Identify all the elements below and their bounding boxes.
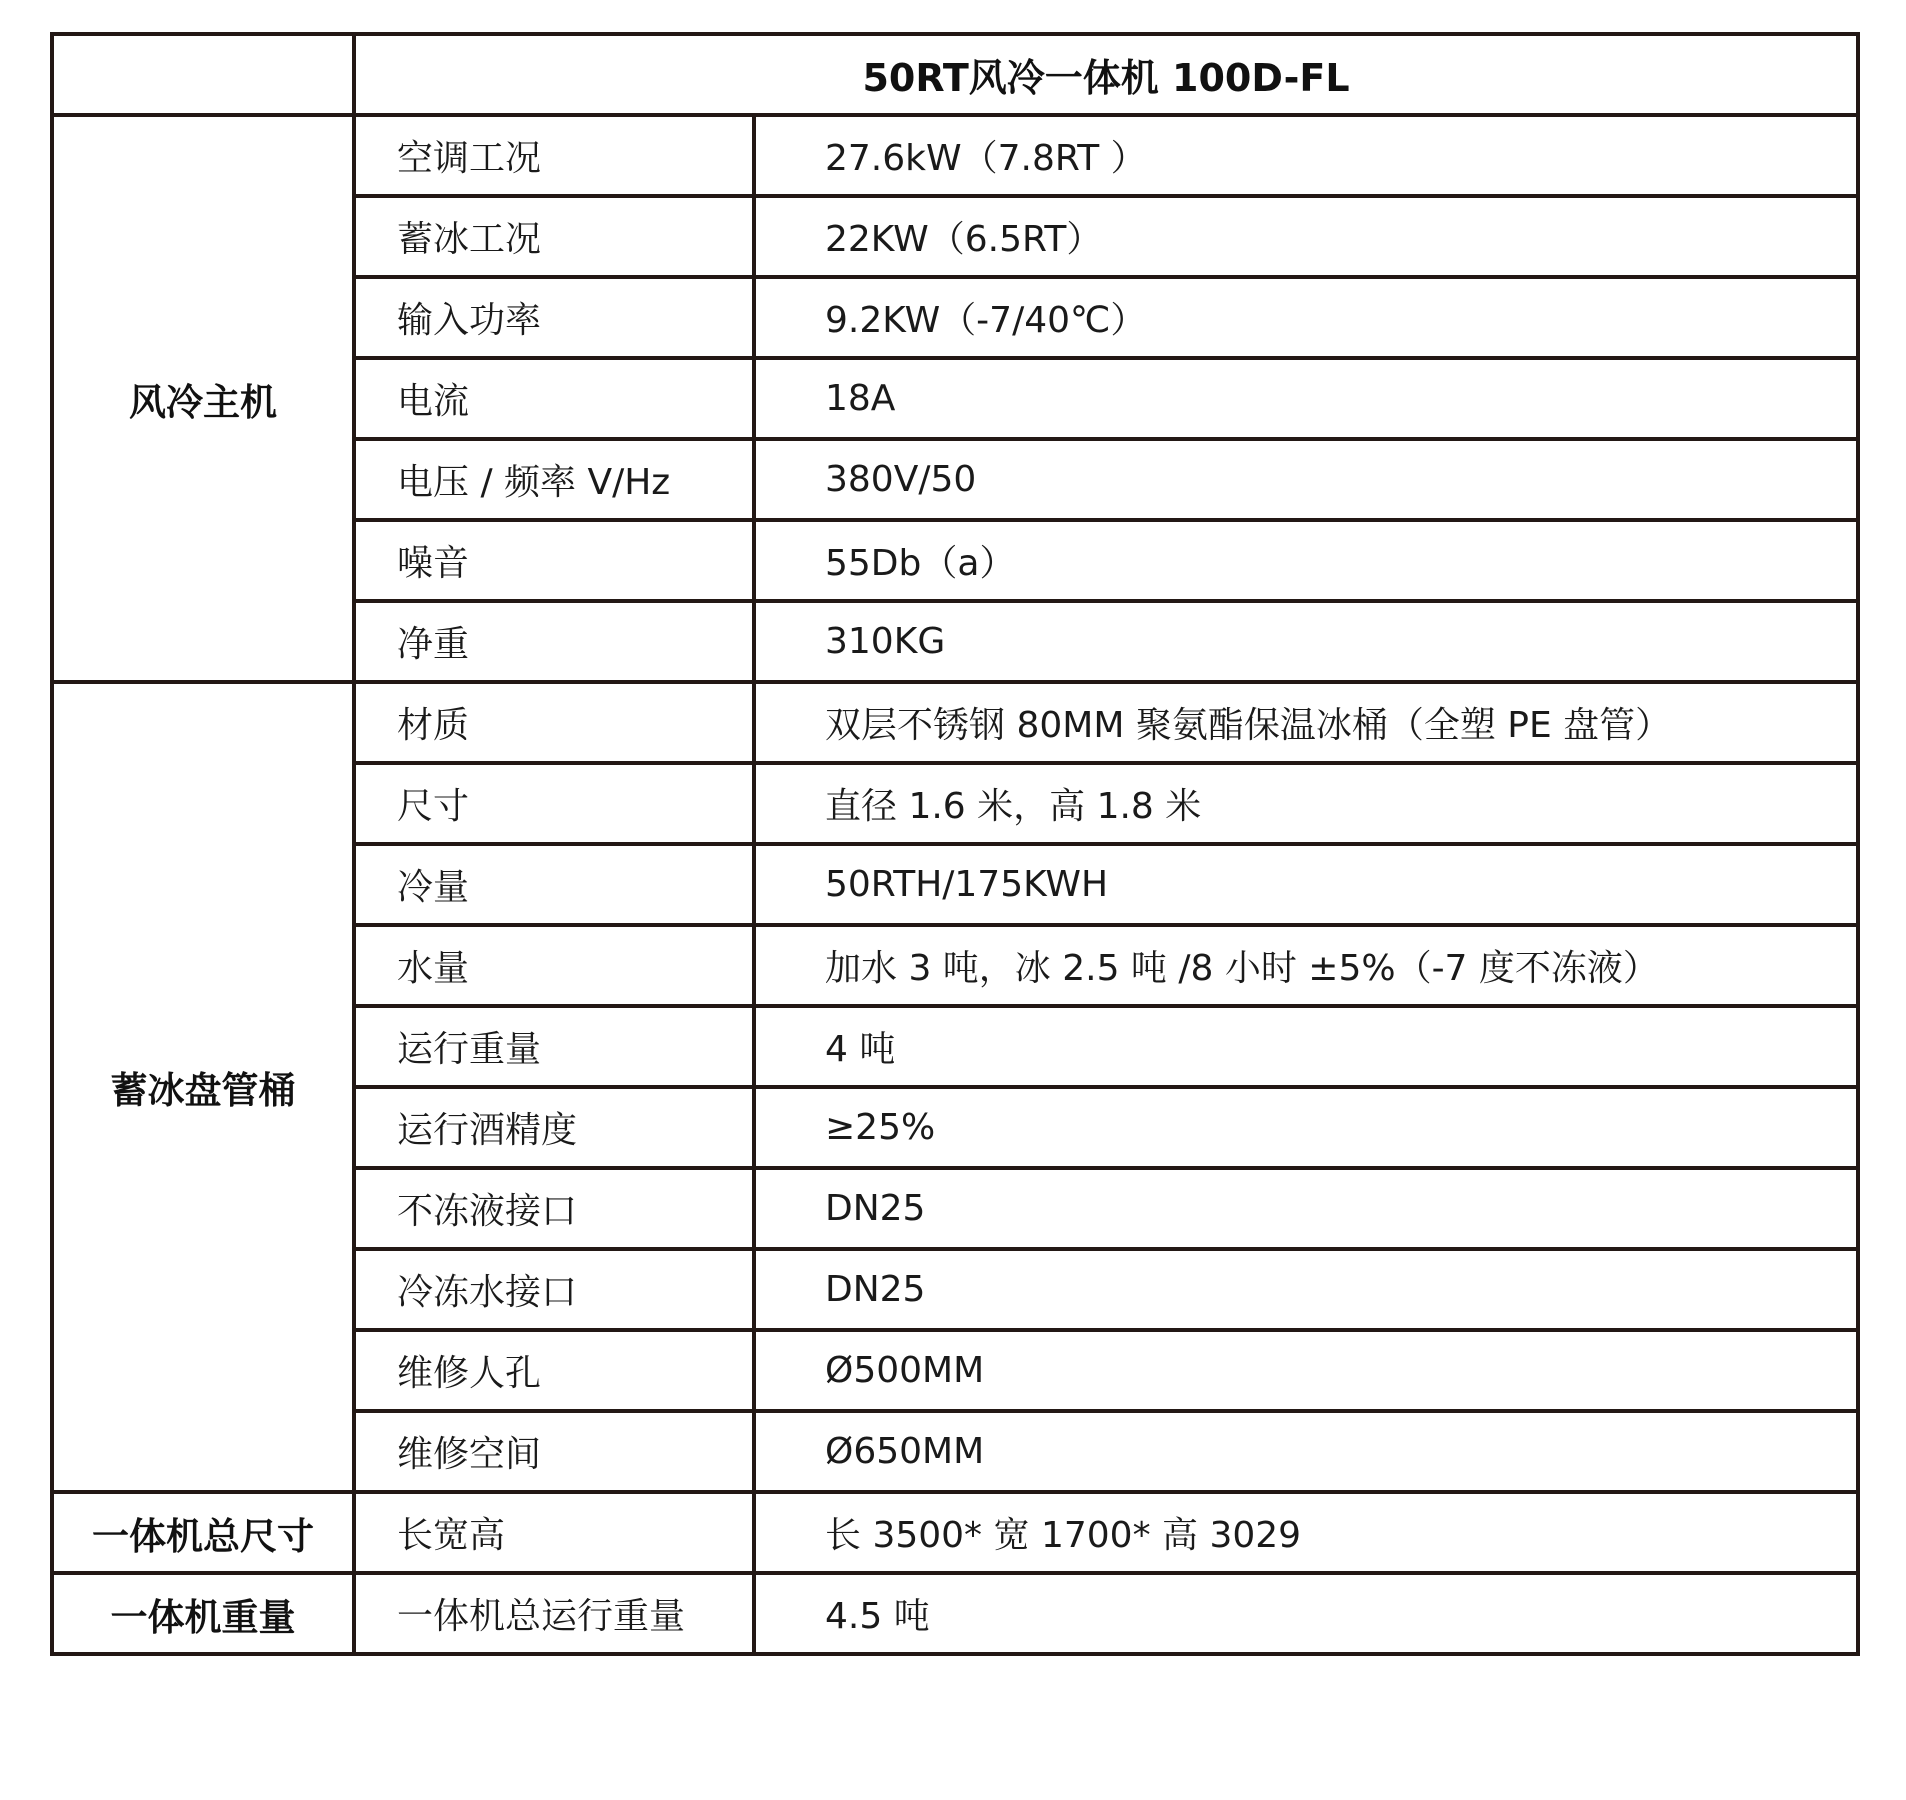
row-value: 55Db（a） <box>754 520 1858 601</box>
row-value: 380V/50 <box>754 439 1858 520</box>
row-value: 50RTH/175KWH <box>754 844 1858 925</box>
group-label-overall-dimensions: 一体机总尺寸 <box>52 1492 354 1573</box>
row-value: DN25 <box>754 1249 1858 1330</box>
row-label: 空调工况 <box>354 115 754 196</box>
row-label: 冷量 <box>354 844 754 925</box>
row-value: 22KW（6.5RT） <box>754 196 1858 277</box>
row-label: 净重 <box>354 601 754 682</box>
row-label: 噪音 <box>354 520 754 601</box>
row-label: 运行重量 <box>354 1006 754 1087</box>
table-row: 蓄冰盘管桶 材质 双层不锈钢 80MM 聚氨酯保温冰桶（全塑 PE 盘管） <box>52 682 1858 763</box>
group-label-unit-weight: 一体机重量 <box>52 1573 354 1654</box>
row-label: 长宽高 <box>354 1492 754 1573</box>
spec-table: 50RT风冷一体机 100D-FL 风冷主机 空调工况 27.6kW（7.8RT… <box>50 32 1860 1656</box>
row-label: 运行酒精度 <box>354 1087 754 1168</box>
row-label: 尺寸 <box>354 763 754 844</box>
table-title: 50RT风冷一体机 100D-FL <box>354 34 1858 115</box>
table-row: 风冷主机 空调工况 27.6kW（7.8RT ） <box>52 115 1858 196</box>
row-value: DN25 <box>754 1168 1858 1249</box>
row-label: 输入功率 <box>354 277 754 358</box>
row-value: 18A <box>754 358 1858 439</box>
row-label: 不冻液接口 <box>354 1168 754 1249</box>
row-label: 电压 / 频率 V/Hz <box>354 439 754 520</box>
row-value: 27.6kW（7.8RT ） <box>754 115 1858 196</box>
row-label: 水量 <box>354 925 754 1006</box>
row-value: Ø650MM <box>754 1411 1858 1492</box>
row-label: 冷冻水接口 <box>354 1249 754 1330</box>
row-value: 双层不锈钢 80MM 聚氨酯保温冰桶（全塑 PE 盘管） <box>754 682 1858 763</box>
row-value: 直径 1.6 米，高 1.8 米 <box>754 763 1858 844</box>
row-label: 蓄冰工况 <box>354 196 754 277</box>
row-label: 材质 <box>354 682 754 763</box>
group-cell-blank <box>52 34 354 115</box>
group-label-air-cooled-unit: 风冷主机 <box>52 115 354 682</box>
row-value: 4 吨 <box>754 1006 1858 1087</box>
row-label: 维修人孔 <box>354 1330 754 1411</box>
row-value: 310KG <box>754 601 1858 682</box>
group-label-ice-storage-coil-tank: 蓄冰盘管桶 <box>52 682 354 1492</box>
row-value: 9.2KW（-7/40℃） <box>754 277 1858 358</box>
row-value: ≥25% <box>754 1087 1858 1168</box>
table-row: 一体机重量 一体机总运行重量 4.5 吨 <box>52 1573 1858 1654</box>
table-row: 一体机总尺寸 长宽高 长 3500* 宽 1700* 高 3029 <box>52 1492 1858 1573</box>
row-label: 维修空间 <box>354 1411 754 1492</box>
row-value: 加水 3 吨，冰 2.5 吨 /8 小时 ±5%（-7 度不冻液） <box>754 925 1858 1006</box>
row-label: 电流 <box>354 358 754 439</box>
row-value: 长 3500* 宽 1700* 高 3029 <box>754 1492 1858 1573</box>
row-value: Ø500MM <box>754 1330 1858 1411</box>
title-row: 50RT风冷一体机 100D-FL <box>52 34 1858 115</box>
row-label: 一体机总运行重量 <box>354 1573 754 1654</box>
row-value: 4.5 吨 <box>754 1573 1858 1654</box>
